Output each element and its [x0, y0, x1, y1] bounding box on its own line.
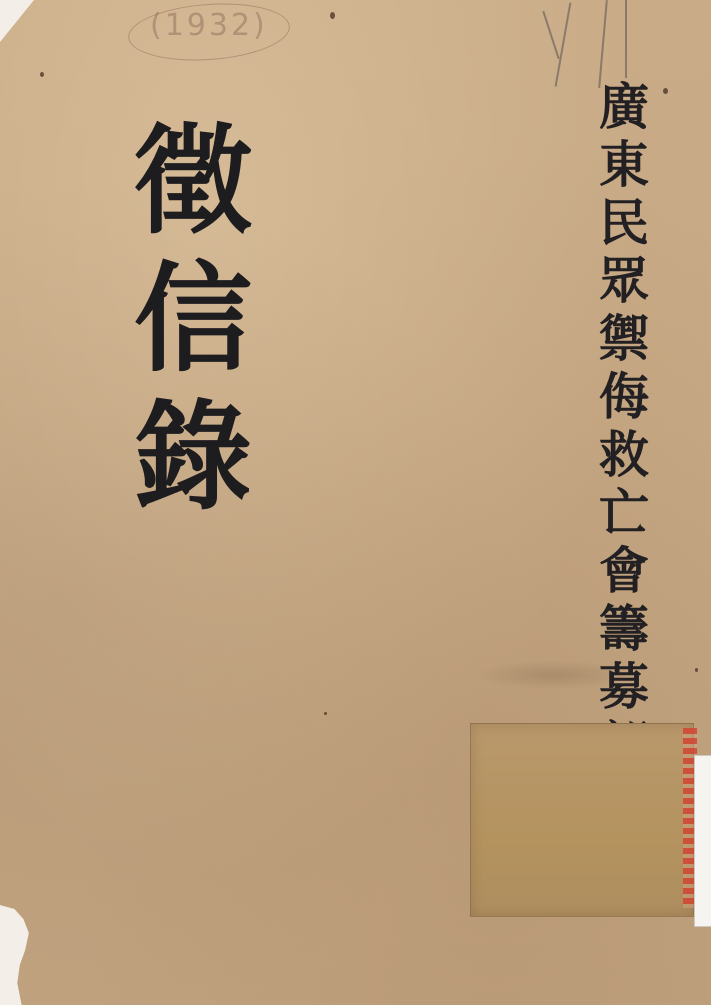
- main-title: 徵 信 錄: [108, 112, 278, 526]
- publisher-char: 亡: [599, 484, 649, 542]
- publisher-char: 民: [599, 194, 649, 252]
- publisher-char: 禦: [599, 310, 649, 368]
- pencil-note: (1932): [150, 8, 268, 43]
- title-char: 錄: [134, 388, 252, 526]
- title-char: 信: [134, 250, 252, 388]
- publisher-char: 侮: [599, 368, 649, 426]
- publisher-char: 籌: [599, 600, 649, 658]
- cover-page: (1932) 徵 信 錄 廣 東 民 眾 禦 侮 救 亡 會 籌 募 部: [0, 0, 711, 1005]
- paper-speck: [324, 712, 327, 715]
- publisher-char: 東: [599, 136, 649, 194]
- paper-speck: [330, 12, 335, 19]
- title-char: 徵: [134, 112, 252, 250]
- publisher-char: 救: [599, 426, 649, 484]
- paper-speck: [40, 72, 44, 77]
- paper-speck: [695, 668, 698, 672]
- torn-corner: [0, 0, 34, 42]
- publisher-char: 會: [599, 542, 649, 600]
- torn-edge: [0, 905, 36, 1005]
- white-spine-tag: [694, 755, 711, 927]
- publisher-char: 廣: [599, 78, 649, 136]
- library-label-patch: [470, 723, 694, 917]
- ink-smudge: [475, 660, 635, 690]
- paper-speck: [663, 88, 668, 94]
- publisher-char: 眾: [599, 252, 649, 310]
